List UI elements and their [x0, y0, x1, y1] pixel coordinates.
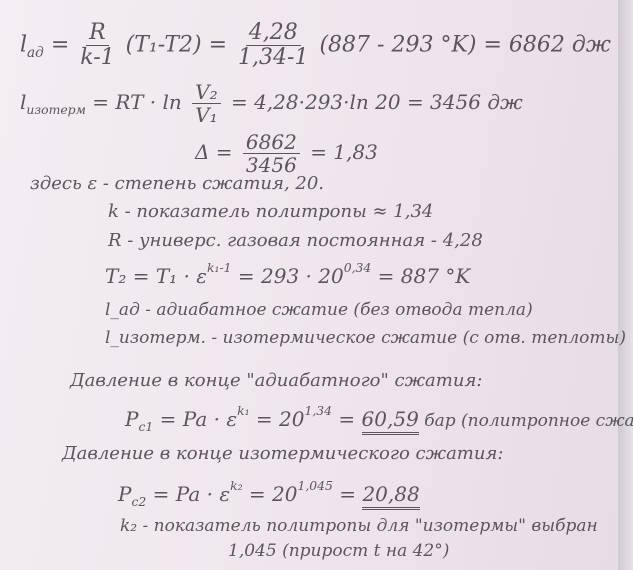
temperature-difference: (T₁-T2): [126, 33, 202, 58]
exponent: k₂: [230, 478, 242, 493]
pc2-symbol: P: [118, 482, 131, 506]
equals: =: [209, 33, 227, 58]
definition-l-iso: l_изотерм. - изотермическое сжатие (с от…: [105, 330, 626, 347]
pc1-formula: Pc1 = Pa · εk₁ = 201,34 = 60,59 бар (пол…: [125, 405, 633, 434]
denominator: k-1: [80, 46, 114, 69]
definition-k: k - показатель политропы ≈ 1,34: [108, 203, 433, 221]
exponent: 1,34: [304, 403, 332, 418]
delta-fraction: 68623456: [243, 132, 300, 175]
numerator: 4,28: [246, 22, 301, 46]
exponent: k₁-1: [207, 260, 232, 275]
pc2-formula: Pc2 = Pa · εk₂ = 201,045 = 20,88: [118, 480, 420, 509]
definition-epsilon: здесь ε - степень сжатия, 20.: [30, 175, 324, 193]
volume-ratio: V₂V₁: [192, 82, 220, 125]
pc1-note: бар (политропное сжатие): [419, 411, 633, 431]
definition-l-ad: l_ад - адиабатное сжатие (без отвода теп…: [105, 302, 533, 319]
fraction-r-over-k: Rk-1: [80, 22, 114, 69]
adiabatic-pressure-heading: Давление в конце "адиабатного" сжатия:: [70, 372, 482, 390]
t2-result: = 887 °K: [371, 264, 470, 288]
pc1-result: 60,59: [362, 407, 419, 435]
numerator: R: [86, 22, 109, 46]
result-value: = 6862 дж: [483, 33, 610, 58]
denominator: 1,34-1: [238, 46, 308, 69]
isothermal-work-formula: lизотерм = RT · ln V₂V₁ = 4,28·293·ln 20…: [20, 82, 523, 125]
definition-r: R - универс. газовая постоянная - 4,28: [108, 232, 483, 250]
t2-values: = 293 · 20: [232, 264, 344, 288]
pc2-subscript: c2: [131, 494, 146, 509]
lhs-subscript: ад: [27, 45, 44, 61]
pc2-result: 20,88: [362, 482, 419, 510]
equals: =: [51, 33, 69, 58]
definition-k2: k₂ - показатель политропы для "изотермы"…: [120, 518, 598, 535]
isothermal-pressure-heading: Давление в конце изотермического сжатия:: [62, 445, 503, 463]
expression-start: = RT · ln: [92, 90, 182, 114]
delta-symbol: Δ =: [195, 140, 233, 164]
exponent: 1,045: [297, 478, 332, 493]
paper-edge: [618, 0, 633, 570]
delta-formula: Δ = 68623456 = 1,83: [195, 132, 378, 175]
delta-result: = 1,83: [310, 140, 378, 164]
pc1-symbol: P: [125, 407, 138, 431]
pc1-values: = 20: [250, 407, 305, 431]
expression-result: = 4,28·293·ln 20 = 3456 дж: [231, 90, 523, 114]
exponent: k₁: [237, 403, 249, 418]
adiabatic-work-formula: lад = Rk-1 (T₁-T2) = 4,281,34-1 (887 - 2…: [20, 22, 611, 69]
equals: =: [333, 482, 362, 506]
lhs-symbol: l: [20, 33, 27, 58]
denominator: 3456: [246, 154, 297, 175]
exponent: 0,34: [344, 260, 372, 275]
numerator: V₂: [192, 82, 220, 104]
denominator: V₁: [195, 104, 217, 125]
t2-lhs: T₂ = T₁ · ε: [105, 264, 207, 288]
definition-k2-continuation: 1,045 (прирост t на 42°): [228, 543, 449, 560]
equals: =: [332, 407, 361, 431]
t2-formula: T₂ = T₁ · εk₁-1 = 293 · 200,34 = 887 °K: [105, 262, 470, 286]
temperature-values: (887 - 293 °K): [319, 33, 476, 58]
pc1-expression: = Pa · ε: [153, 407, 237, 431]
pc2-values: = 20: [243, 482, 298, 506]
fraction-values: 4,281,34-1: [238, 22, 308, 69]
pc1-subscript: c1: [138, 419, 153, 434]
numerator: 6862: [243, 132, 300, 154]
lhs-subscript: изотерм: [26, 102, 86, 117]
pc2-expression: = Pa · ε: [146, 482, 230, 506]
